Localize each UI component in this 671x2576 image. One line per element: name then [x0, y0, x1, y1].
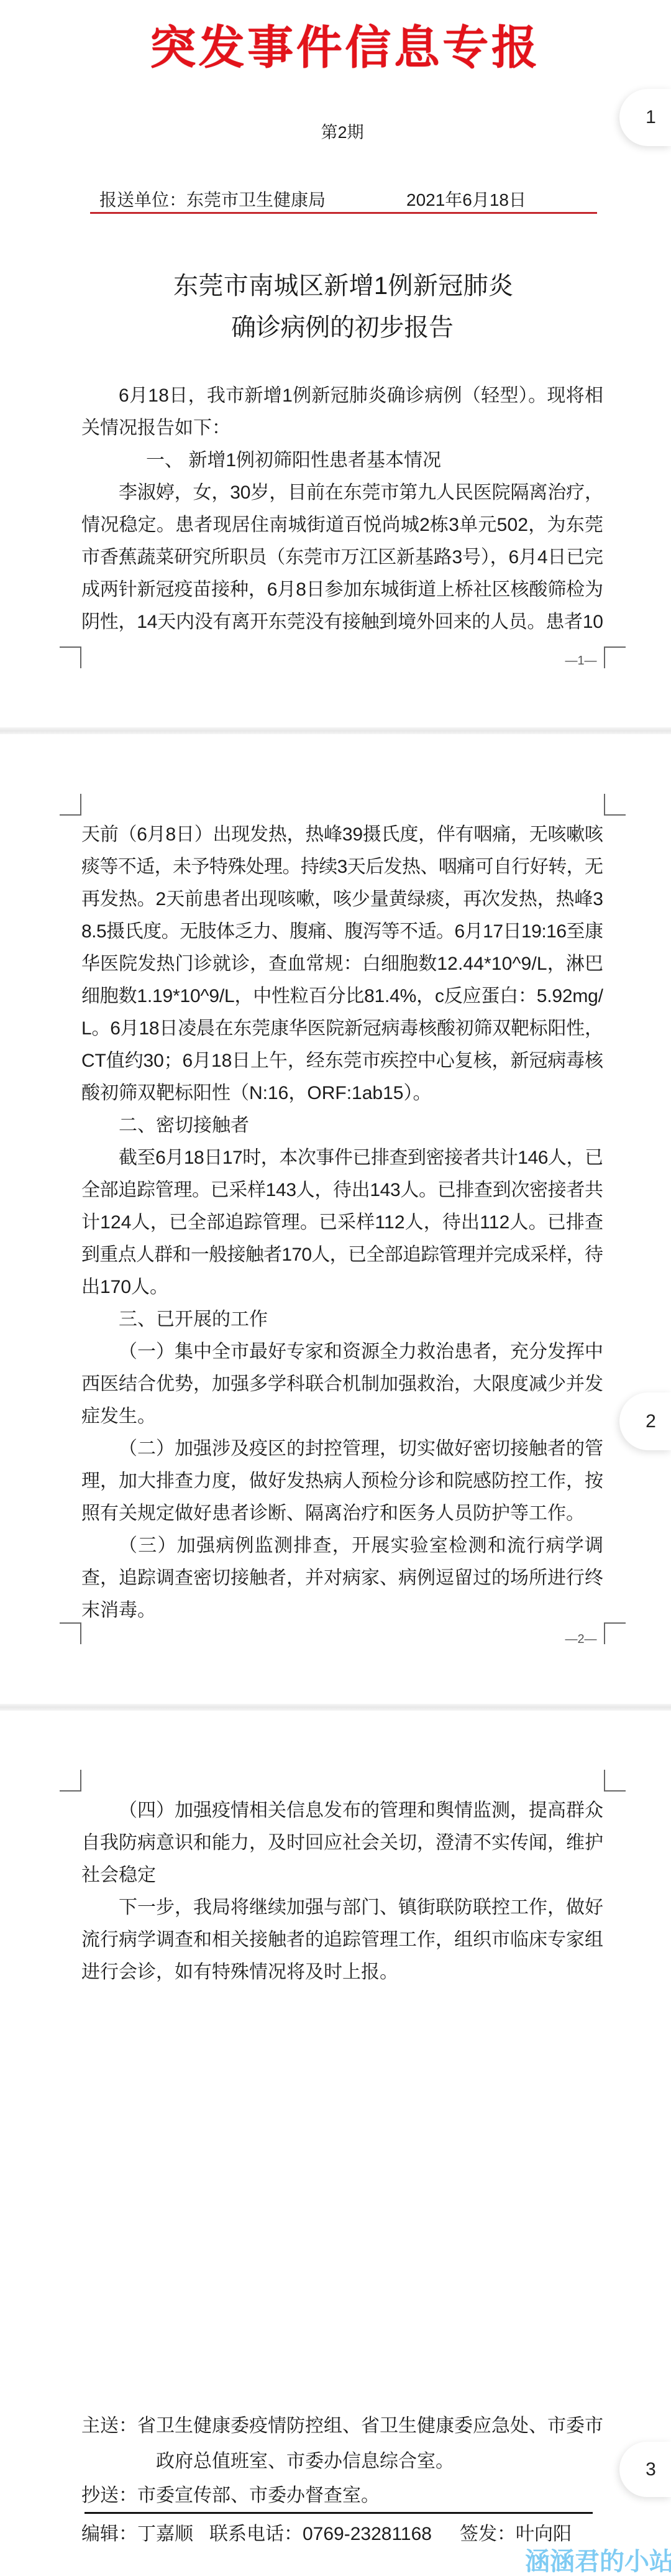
body-line: 成两针新冠疫苗接种，6月8日参加东城街道上桥社区核酸筛检为	[81, 574, 603, 606]
main-recipients-continued: 政府总值班室、市委办信息综合室。	[156, 2445, 454, 2478]
signer: 签发：叶向阳	[460, 2519, 572, 2549]
report-title-line-1: 东莞市南城区新增1例新冠肺炎	[173, 271, 513, 301]
body-line: 查，追踪调查密切接触者，并对病家、病例逗留过的场所进行终	[81, 1562, 603, 1594]
main-recipients: 主送：省卫生健康委疫情防控组、省卫生健康委应急处、市委市	[81, 2410, 603, 2442]
page-indicator-tab: 3	[619, 2442, 671, 2497]
body-line: 天前（6月8日）出现发热，热峰39摄氏度，伴有咽痛，无咳嗽咳	[81, 819, 603, 851]
page-footer-number: —2—	[559, 1632, 603, 1647]
body-line: 市香蕉蔬菜研究所职员（东莞市万江区新基路3号），6月4日已完	[81, 541, 603, 574]
crop-mark-icon	[60, 794, 81, 816]
crop-mark-icon	[604, 646, 626, 668]
body-line: 症发生。	[81, 1401, 603, 1433]
crop-mark-icon	[604, 1770, 626, 1792]
page-separator	[0, 1704, 671, 1711]
body-line: 流行病学调查和相关接触者的追踪管理工作，组织市临床专家组	[81, 1924, 603, 1956]
page-separator	[0, 727, 671, 734]
body-line: 8.5摄氏度。无肢体乏力、腹痛、腹泻等不适。6月17日19:16至康	[81, 916, 603, 948]
report-title-line-2: 确诊病例的初步报告	[231, 313, 454, 343]
body-line: （一）集中全市最好专家和资源全力救治患者，充分发挥中	[81, 1336, 603, 1368]
page-indicator-tab: 1	[619, 89, 671, 146]
section-heading-2: 二、密切接触者	[81, 1110, 603, 1142]
sender-unit: 报送单位：东莞市卫生健康局	[99, 190, 326, 210]
issue-number: 第2期	[311, 122, 374, 142]
body-line: 自我防病意识和能力，及时回应社会关切，澄清不实传闻，维护	[81, 1827, 603, 1859]
page-indicator-tab: 2	[619, 1392, 671, 1450]
page-3-body: （四）加强疫情相关信息发布的管理和舆情监测，提高群众 自我防病意识和能力，及时回…	[81, 1795, 603, 1989]
body-line: 照有关规定做好患者诊断、隔离治疗和医务人员防护等工作。	[81, 1497, 603, 1530]
body-line: 到重点人群和一般接触者170人，已全部追踪管理并完成采样，待	[81, 1239, 603, 1271]
body-line: CT值约30；6月18日上午，经东莞市疾控中心复核，新冠病毒核	[81, 1045, 603, 1077]
footer-divider	[84, 2512, 593, 2514]
crop-mark-icon	[604, 794, 626, 816]
body-line: 出170人。	[81, 1271, 603, 1304]
body-line: 华医院发热门诊就诊，查血常规：白细胞数12.44*10^9/L，淋巴	[81, 948, 603, 980]
body-line: 社会稳定	[81, 1859, 603, 1892]
editor: 编辑：丁嘉顺	[81, 2519, 193, 2549]
body-line: （二）加强涉及疫区的封控管理，切实做好密切接触者的管	[81, 1433, 603, 1465]
body-line: 6月18日，我市新增1例新冠肺炎确诊病例（轻型）。现将相	[81, 380, 603, 412]
report-date: 2021年6月18日	[406, 190, 526, 210]
body-line: 末消毒。	[81, 1594, 603, 1627]
body-line: 再发热。2天前患者出现咳嗽，咳少量黄绿痰，再次发热，热峰3	[81, 883, 603, 916]
body-line: 截至6月18日17时，本次事件已排查到密接者共计146人，已	[81, 1142, 603, 1174]
red-divider	[90, 212, 597, 214]
crop-mark-icon	[60, 646, 81, 668]
page-2-body: 天前（6月8日）出现发热，热峰39摄氏度，伴有咽痛，无咳嗽咳 痰等不适，未予特殊…	[81, 819, 603, 1627]
crop-mark-icon	[604, 1622, 626, 1644]
document-viewer: 突发事件信息专报 第2期 报送单位：东莞市卫生健康局 2021年6月18日 东莞…	[0, 0, 671, 2576]
crop-mark-icon	[60, 1622, 81, 1644]
body-line: （四）加强疫情相关信息发布的管理和舆情监测，提高群众	[81, 1795, 603, 1827]
body-line: 理，加大排查力度，做好发热病人预检分诊和院感防控工作，按	[81, 1465, 603, 1497]
body-line: 情况稳定。患者现居住南城街道百悦尚城2栋3单元502，为东莞	[81, 509, 603, 541]
page-1-body: 6月18日，我市新增1例新冠肺炎确诊病例（轻型）。现将相 关情况报告如下： 一、…	[81, 380, 603, 638]
body-line: 痰等不适，未予特殊处理。持续3天后发热、咽痛可自行好转，无	[81, 851, 603, 883]
body-line: （三）加强病例监测排查，开展实验室检测和流行病学调	[81, 1530, 603, 1562]
body-line: 关情况报告如下：	[81, 412, 603, 444]
body-line: 李淑婷，女，30岁，目前在东莞市第九人民医院隔离治疗，	[81, 477, 603, 509]
body-line: 阴性，14天内没有离开东莞没有接触到境外回来的人员。患者10	[81, 606, 603, 638]
body-line: 全部追踪管理。已采样143人，待出143人。已排查到次密接者共	[81, 1174, 603, 1207]
section-heading-3: 三、已开展的工作	[81, 1304, 603, 1336]
body-line: 细胞数1.19*10^9/L，中性粒百分比81.4%，c反应蛋白：5.92mg/	[81, 980, 603, 1013]
section-heading-1: 一、 新增1例初筛阳性患者基本情况	[81, 444, 603, 477]
body-line: 进行会诊，如有特殊情况将及时上报。	[81, 1956, 603, 1989]
crop-mark-icon	[60, 1770, 81, 1792]
body-line: 计124人，已全部追踪管理。已采样112人，待出112人。已排查	[81, 1207, 603, 1239]
body-line: 下一步，我局将继续加强与部门、镇街联防联控工作，做好	[81, 1892, 603, 1924]
body-line: 西医结合优势，加强多学科联合机制加强救治，大限度减少并发	[81, 1368, 603, 1401]
watermark: 涵涵君的小站	[525, 2547, 671, 2576]
contact-phone: 联系电话：0769-23281168	[209, 2519, 432, 2549]
cc-recipients: 抄送：市委宣传部、市委办督查室。	[81, 2480, 380, 2512]
bulletin-title: 突发事件信息专报	[150, 20, 537, 76]
body-line: L。6月18日凌晨在东莞康华医院新冠病毒核酸初筛双靶标阳性，	[81, 1013, 603, 1045]
body-line: 酸初筛双靶标阳性（N:16，ORF:1ab15）。	[81, 1077, 603, 1110]
page-footer-number: —1—	[559, 653, 603, 668]
